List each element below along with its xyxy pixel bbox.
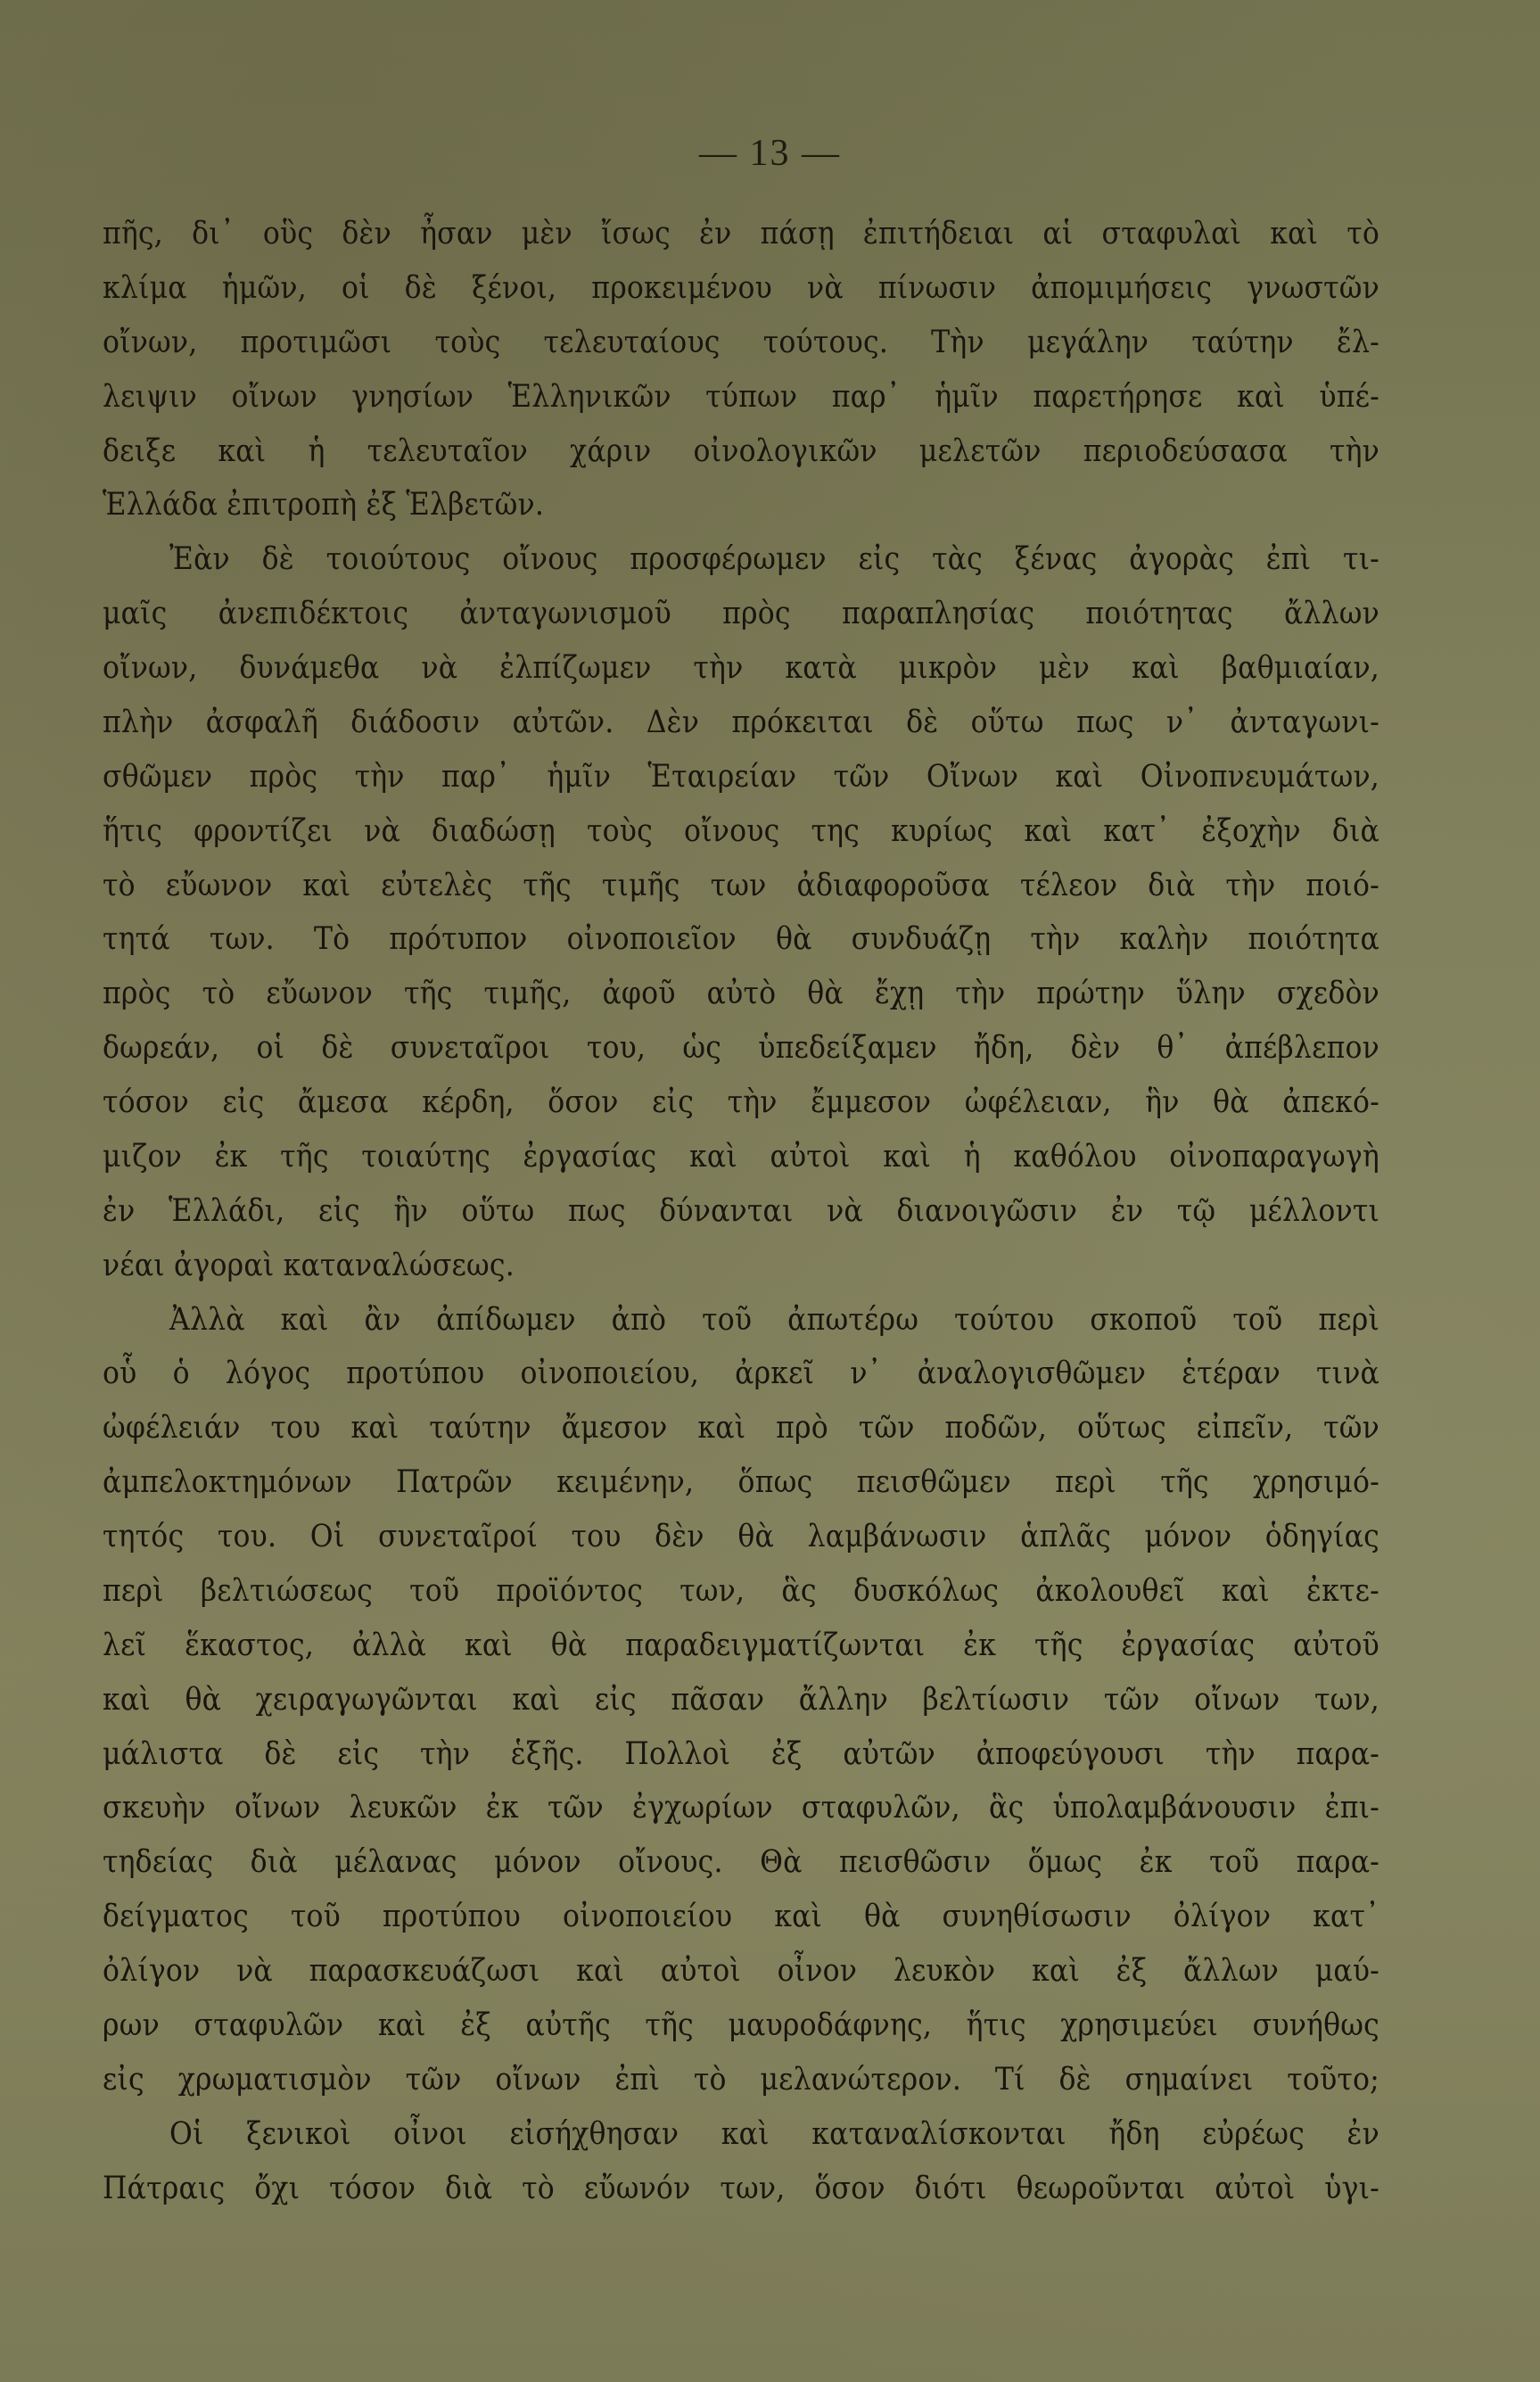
text-line: περὶ βελτιώσεως τοῦ προϊόντος των, ἃς δυ…: [103, 1564, 1379, 1619]
text-line: τὸ εὔωνον καὶ εὐτελὲς τῆς τιμῆς των ἀδια…: [103, 859, 1379, 913]
text-line: σθῶμεν πρὸς τὴν παρ᾽ ἡμῖν Ἑταιρείαν τῶν …: [103, 750, 1379, 804]
text-line: πρὸς τὸ εὔωνον τῆς τιμῆς, ἀφοῦ αὐτὸ θὰ ἔ…: [103, 967, 1379, 1021]
text-line: κλίμα ἡμῶν, οἱ δὲ ξένοι, προκειμένου νὰ …: [103, 261, 1379, 316]
text-line: ὠφέλειάν του καὶ ταύτην ἄμεσον καὶ πρὸ τ…: [103, 1401, 1379, 1455]
text-line: τόσον εἰς ἄμεσα κέρδη, ὅσον εἰς τὴν ἔμμε…: [103, 1076, 1379, 1130]
text-line: δειξε καὶ ἡ τελευταῖον χάριν οἰνολογικῶν…: [103, 424, 1379, 479]
text-line: δείγματος τοῦ προτύπου οἰνοποιείου καὶ θ…: [103, 1890, 1379, 1944]
text-line: οἴνων, προτιμῶσι τοὺς τελευταίους τούτου…: [103, 316, 1379, 370]
text-line: Ἑλλάδα ἐπιτροπὴ ἐξ Ἑλβετῶν.: [103, 478, 1379, 532]
text-line: σκευὴν οἴνων λευκῶν ἐκ τῶν ἐγχωρίων σταφ…: [103, 1781, 1379, 1835]
body-text: πῆς, δι᾽ οὓς δὲν ἦσαν μὲν ἴσως ἐν πάσῃ ἐ…: [103, 207, 1379, 2215]
text-line: Οἱ ξενικοὶ οἶνοι εἰσήχθησαν καὶ καταναλί…: [103, 2107, 1379, 2162]
text-line: λεῖ ἕκαστος, ἀλλὰ καὶ θὰ παραδειγματίζων…: [103, 1619, 1379, 1673]
text-line: μαῖς ἀνεπιδέκτοις ἀνταγωνισμοῦ πρὸς παρα…: [103, 587, 1379, 641]
text-line: οἴνων, δυνάμεθα νὰ ἐλπίζωμεν τὴν κατὰ μι…: [103, 641, 1379, 696]
text-line: ἐν Ἑλλάδι, εἰς ἣν οὕτω πως δύνανται νὰ δ…: [103, 1184, 1379, 1239]
text-line: μάλιστα δὲ εἰς τὴν ἑξῆς. Πολλοὶ ἐξ αὐτῶν…: [103, 1727, 1379, 1782]
page-number: — 13 —: [0, 132, 1540, 175]
text-line: τητά των. Τὸ πρότυπον οἰνοποιεῖον θὰ συν…: [103, 912, 1379, 967]
text-line: νέαι ἀγοραὶ καταναλώσεως.: [103, 1239, 1379, 1293]
text-line: ἥτις φροντίζει νὰ διαδώσῃ τοὺς οἴνους τη…: [103, 804, 1379, 859]
text-line: οὗ ὁ λόγος προτύπου οἰνοποιείου, ἀρκεῖ ν…: [103, 1347, 1379, 1401]
text-line: ἀμπελοκτημόνων Πατρῶν κειμένην, ὅπως πει…: [103, 1455, 1379, 1510]
text-line: Ἐὰν δὲ τοιούτους οἴνους προσφέρωμεν εἰς …: [103, 532, 1379, 587]
text-line: ρων σταφυλῶν καὶ ἐξ αὐτῆς τῆς μαυροδάφνη…: [103, 1999, 1379, 2053]
text-line: εἰς χρωματισμὸν τῶν οἴνων ἐπὶ τὸ μελανώτ…: [103, 2053, 1379, 2107]
text-line: δωρεάν, οἱ δὲ συνεταῖροι του, ὡς ὑπεδείξ…: [103, 1021, 1379, 1076]
text-line: μιζον ἐκ τῆς τοιαύτης ἐργασίας καὶ αὐτοὶ…: [103, 1130, 1379, 1184]
text-line: πλὴν ἀσφαλῆ διάδοσιν αὐτῶν. Δὲν πρόκειτα…: [103, 696, 1379, 750]
text-line: καὶ θὰ χειραγωγῶνται καὶ εἰς πᾶσαν ἄλλην…: [103, 1673, 1379, 1727]
text-line: λειψιν οἴνων γνησίων Ἑλληνικῶν τύπων παρ…: [103, 370, 1379, 424]
text-line: τητός του. Οἱ συνεταῖροί του δὲν θὰ λαμβ…: [103, 1510, 1379, 1564]
text-line: πῆς, δι᾽ οὓς δὲν ἦσαν μὲν ἴσως ἐν πάσῃ ἐ…: [103, 207, 1379, 261]
text-line: ὀλίγον νὰ παρασκευάζωσι καὶ αὐτοὶ οἶνον …: [103, 1944, 1379, 1999]
text-line: τηδείας διὰ μέλανας μόνον οἴνους. Θὰ πει…: [103, 1835, 1379, 1890]
text-line: Ἀλλὰ καὶ ἂν ἀπίδωμεν ἀπὸ τοῦ ἀπωτέρω τού…: [103, 1293, 1379, 1348]
text-line: Πάτραις ὄχι τόσον διὰ τὸ εὔωνόν των, ὅσο…: [103, 2162, 1379, 2216]
